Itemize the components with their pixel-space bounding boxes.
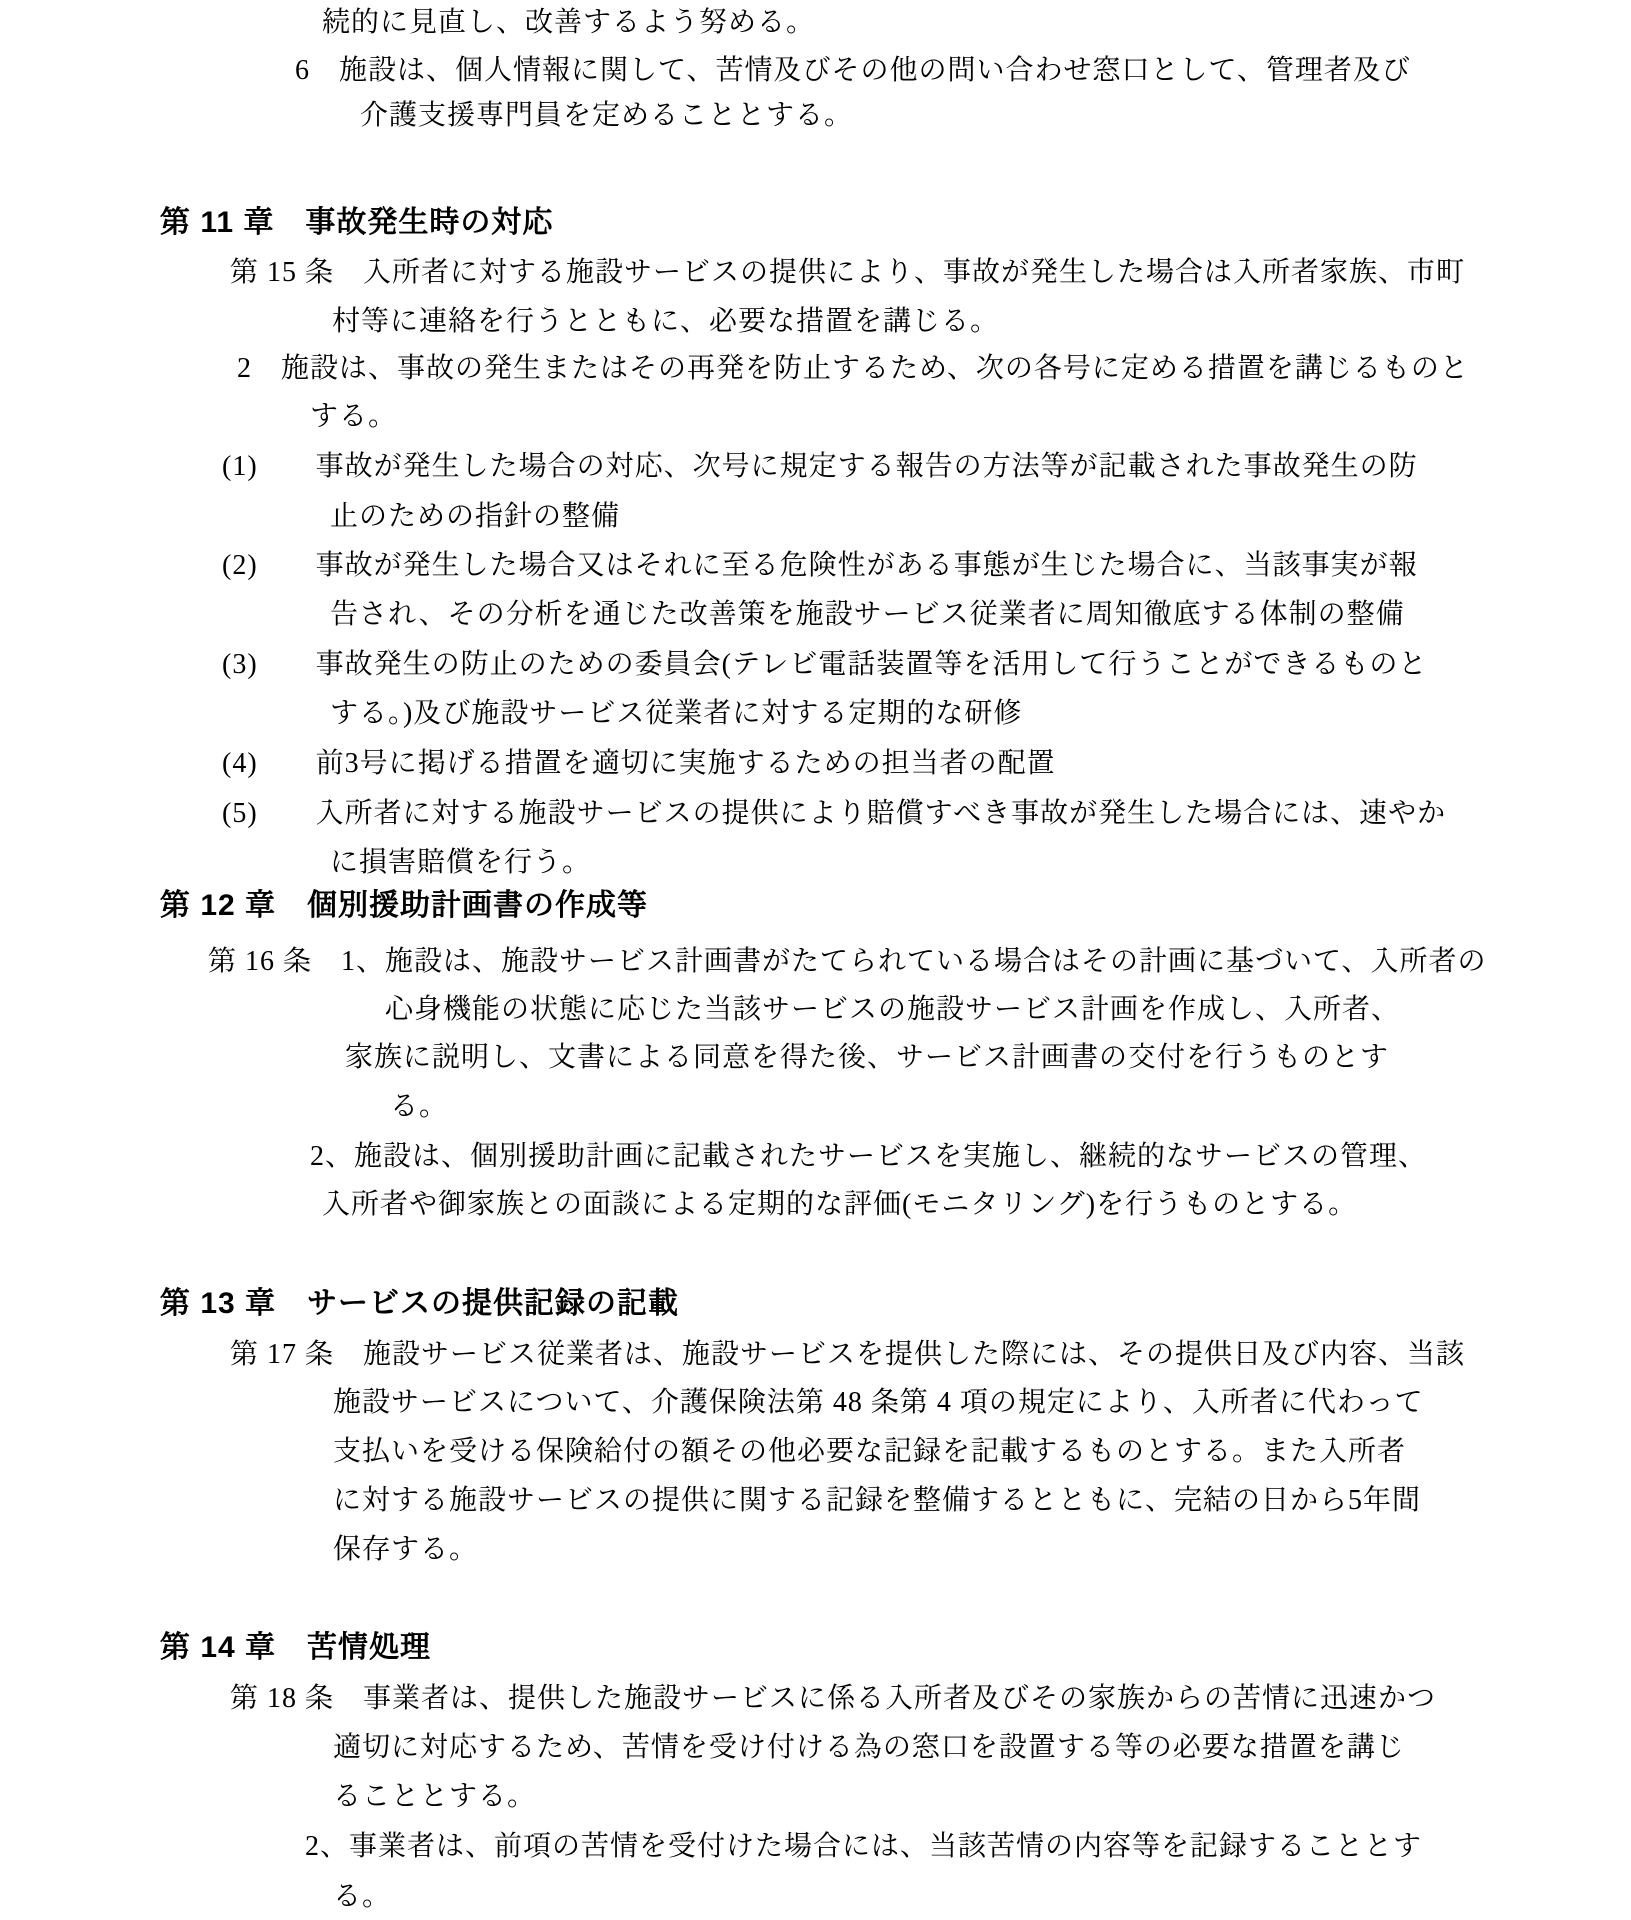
article-15-line-2: 村等に連絡を行うとともに、必要な措置を講じる。	[332, 305, 999, 339]
article-15-line-1: 第 15 条 入所者に対する施設サービスの提供により、事故が発生した場合は入所者…	[230, 256, 1465, 290]
article-16-para-2-line-1: 2、施設は、個別援助計画に記載されたサービスを実施し、継続的なサービスの管理、	[310, 1140, 1427, 1174]
article-18-line-1: 第 18 条 事業者は、提供した施設サービスに係る入所者及びその家族からの苦情に…	[230, 1682, 1436, 1716]
article-16-line-2: 心身機能の状態に応じた当該サービスの施設サービス計画を作成し、入所者、	[385, 993, 1400, 1027]
article-15-para-2-line-2: する。	[310, 400, 397, 434]
article-15-item-3-line-1: (3) 事故発生の防止のための委員会(テレビ電話装置等を活用して行うことができる…	[222, 648, 1427, 682]
article-15-item-2-line-2: 告され、その分析を通じた改善策を施設サービス従業者に周知徹底する体制の整備	[330, 598, 1405, 632]
chapter-13-heading: 第 13 章 サービスの提供記録の記載	[160, 1286, 679, 1322]
document-page: 続的に見直し、改善するよう努める。 6 施設は、個人情報に関して、苦情及びその他…	[0, 0, 1631, 1920]
intro-line-3: 介護支援専門員を定めることとする。	[360, 99, 853, 133]
article-18-para-2-line-2: る。	[333, 1880, 391, 1914]
article-18-line-2: 適切に対応するため、苦情を受け付ける為の窓口を設置する等の必要な措置を講じ	[333, 1731, 1405, 1765]
article-15-para-2-line-1: 2 施設は、事故の発生またはその再発を防止するため、次の各号に定める措置を講じる…	[237, 352, 1469, 386]
article-15-item-3-line-2: する。)及び施設サービス従業者に対する定期的な研修	[330, 697, 1022, 731]
article-16-para-2-line-2: 入所者や御家族との面談による定期的な評価(モニタリング)を行うものとする。	[322, 1188, 1357, 1222]
article-18-line-3: ることとする。	[333, 1780, 536, 1814]
article-15-item-5-line-2: に損害賠償を行う。	[330, 846, 591, 880]
article-17-line-3: 支払いを受ける保険給付の額その他必要な記録を記載するものとする。また入所者	[333, 1435, 1406, 1469]
article-15-item-1-line-1: (1) 事故が発生した場合の対応、次号に規定する報告の方法等が記載された事故発生…	[222, 450, 1418, 484]
article-17-line-2: 施設サービスについて、介護保険法第 48 条第 4 項の規定により、入所者に代わ…	[333, 1386, 1424, 1420]
article-18-para-2-line-1: 2、事業者は、前項の苦情を受付けた場合には、当該苦情の内容等を記録することとす	[305, 1830, 1422, 1864]
article-17-line-5: 保存する。	[333, 1533, 478, 1567]
article-15-item-2-line-1: (2) 事故が発生した場合又はそれに至る危険性がある事態が生じた場合に、当該事実…	[222, 549, 1418, 583]
article-16-line-3: 家族に説明し、文書による同意を得た後、サービス計画書の交付を行うものとす	[345, 1041, 1389, 1075]
chapter-11-heading: 第 11 章 事故発生時の対応	[160, 205, 553, 241]
intro-line-1: 続的に見直し、改善するよう努める。	[322, 6, 815, 40]
chapter-14-heading: 第 14 章 苦情処理	[160, 1630, 431, 1666]
intro-line-2: 6 施設は、個人情報に関して、苦情及びその他の問い合わせ窓口として、管理者及び	[295, 54, 1411, 88]
article-17-line-1: 第 17 条 施設サービス従業者は、施設サービスを提供した際には、その提供日及び…	[230, 1338, 1465, 1372]
article-15-item-5-line-1: (5) 入所者に対する施設サービスの提供により賠償すべき事故が発生した場合には、…	[222, 797, 1446, 831]
chapter-12-heading: 第 12 章 個別援助計画書の作成等	[160, 888, 648, 924]
article-16-line-1: 第 16 条 1、施設は、施設サービス計画書がたてられている場合はその計画に基づ…	[208, 945, 1486, 979]
article-17-line-4: に対する施設サービスの提供に関する記録を整備するとともに、完結の日から5年間	[333, 1484, 1421, 1518]
article-15-item-4-line-1: (4) 前3号に掲げる措置を適切に実施するための担当者の配置	[222, 747, 1056, 781]
article-16-line-4: る。	[390, 1090, 448, 1124]
article-15-item-1-line-2: 止のための指針の整備	[330, 500, 620, 534]
